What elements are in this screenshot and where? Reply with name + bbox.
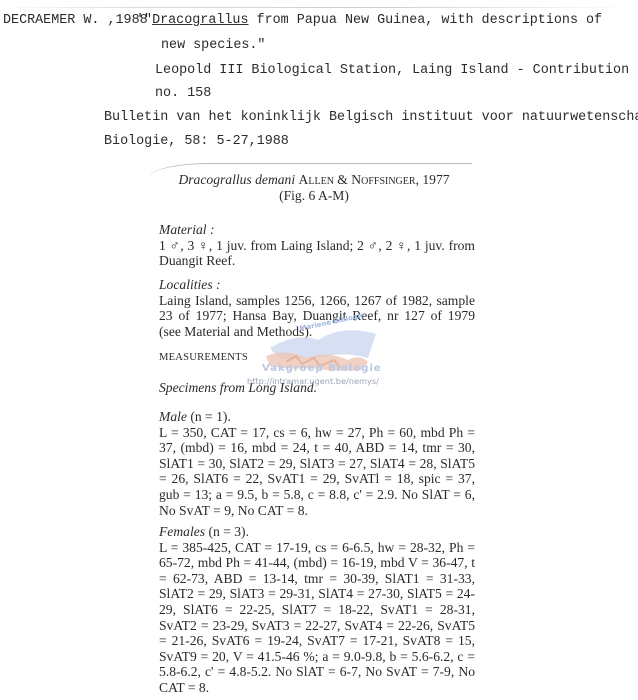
citation-series-line1: Leopold III Biological Station, Laing Is… [155,63,629,79]
title-open-quote: '" [136,13,152,28]
title-rest: from Papua New Guinea, with descriptions… [249,13,603,28]
male-section: Male (n = 1). L = 350, CAT = 17, cs = 6,… [159,409,475,518]
citation-title-line1: '"Dracograllus from Papua New Guinea, wi… [136,13,602,29]
male-count: (n = 1). [187,409,231,424]
females-count: (n = 3). [205,524,249,539]
title-genus: Dracograllus [152,13,248,28]
watermark-label: Vakgroep Biologie [262,363,382,374]
citation-journal-line2: Biologie, 58: 5-27,1988 [104,134,289,150]
females-section: Females (n = 3). L = 385-425, CAT = 17-1… [159,524,475,696]
index-card-edge [0,7,638,8]
females-measurements: L = 385-425, CAT = 17-19, cs = 6-6.5, hw… [159,540,475,696]
watermark-url: http://intramar.ugent.be/nemys/ [247,376,379,386]
male-measurements: L = 350, CAT = 17, cs = 6, hw = 27, Ph =… [159,425,475,519]
citation-title-line2: new species." [161,38,265,54]
species-year: , 1977 [416,172,450,187]
localities-text: Laing Island, samples 1256, 1266, 1267 o… [159,293,475,340]
male-heading-line: Male (n = 1). [159,409,475,425]
citation-series-line2: no. 158 [155,86,211,102]
localities-heading: Localities : [159,277,475,293]
species-authors: Allen & Noffsinger [299,172,416,187]
species-name: Dracograllus demani [178,172,295,187]
citation-author-year: DECRAEMER W. ,1988 [3,13,148,29]
females-heading-line: Females (n = 3). [159,524,475,540]
material-text: 1 ♂, 3 ♀, 1 juv. from Laing Island; 2 ♂,… [159,238,475,269]
male-heading: Male [159,409,187,424]
citation-journal-line1: Bulletin van het koninklijk Belgisch ins… [104,110,638,126]
species-title: Dracograllus demani Allen & Noffsinger, … [148,172,480,188]
species-title-block: Dracograllus demani Allen & Noffsinger, … [160,172,480,203]
material-section: Material : 1 ♂, 3 ♀, 1 juv. from Laing I… [159,222,475,269]
females-heading: Females [159,524,205,539]
localities-section: Localities : Laing Island, samples 1256,… [159,277,475,339]
figure-reference: (Fig. 6 A-M) [148,188,480,204]
material-heading: Material : [159,222,475,238]
